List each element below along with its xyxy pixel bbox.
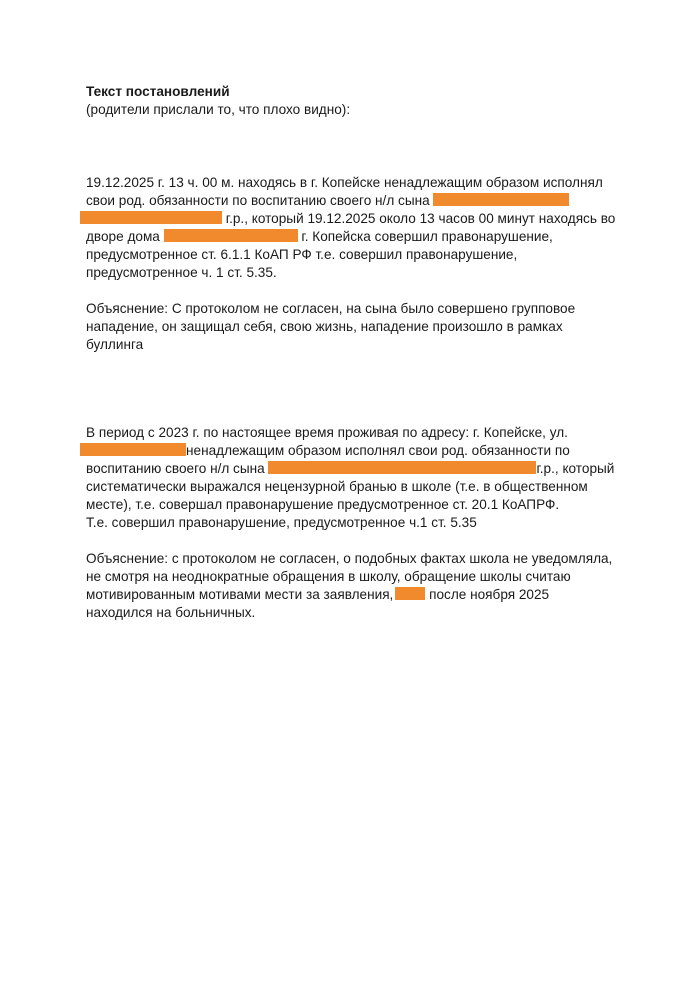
- redaction-block: [164, 229, 298, 242]
- text-fragment: ненадлежащим образом исполнял свои род. …: [186, 443, 570, 458]
- resolution-1-line: г.р., который 19.12.2025 около 13 часов …: [80, 210, 615, 228]
- resolution-1-line: 19.12.2025 г. 13 ч. 00 м. находясь в г. …: [86, 174, 603, 192]
- explanation-1-line: Объяснение: С протоколом не согласен, на…: [86, 300, 575, 318]
- text-fragment: свои род. обязанности по воспитанию свое…: [86, 193, 433, 208]
- text-fragment: после ноября 2025: [425, 587, 549, 602]
- explanation-1-line: нападение, он защищал себя, свою жизнь, …: [86, 318, 563, 336]
- text-fragment: г.р., который: [536, 461, 614, 476]
- text-fragment: мотивированным мотивами мести за заявлен…: [86, 587, 393, 602]
- explanation-1-line: буллинга: [86, 336, 143, 354]
- text-fragment: дворе дома: [86, 229, 164, 244]
- resolution-2-line: месте), т.е. совершал правонарушение пре…: [86, 496, 559, 514]
- resolution-2-line: ненадлежащим образом исполнял свои род. …: [80, 442, 570, 460]
- resolution-1-line: свои род. обязанности по воспитанию свое…: [86, 192, 569, 210]
- redaction-block: [80, 443, 186, 456]
- redaction-block: [433, 193, 569, 206]
- text-fragment: воспитанию своего н/л сына: [86, 461, 268, 476]
- resolution-2-line: воспитанию своего н/л сына г.р., который: [86, 460, 614, 478]
- text-fragment: г.р., который 19.12.2025 около 13 часов …: [222, 211, 615, 226]
- resolution-1-line: предусмотренное ст. 6.1.1 КоАП РФ т.е. с…: [86, 246, 517, 264]
- resolution-2-line: В период с 2023 г. по настоящее время пр…: [86, 424, 568, 442]
- resolution-1-line: предусмотренное ч. 1 ст. 5.35.: [86, 264, 277, 282]
- redaction-block: [80, 211, 222, 224]
- resolution-1-line: дворе дома г. Копейска совершил правонар…: [86, 228, 553, 246]
- resolution-2-line: систематически выражался нецензурной бра…: [86, 478, 588, 496]
- document-subtitle: (родители прислали то, что плохо видно):: [86, 101, 350, 119]
- explanation-2-line: не смотря на неоднократные обращения в ш…: [86, 568, 571, 586]
- explanation-2-line: находился на больничных.: [86, 604, 255, 622]
- resolution-2-line: Т.е. совершил правонарушение, предусмотр…: [86, 514, 477, 532]
- redaction-block: [395, 587, 425, 600]
- explanation-2-line: мотивированным мотивами мести за заявлен…: [86, 586, 549, 604]
- text-fragment: г. Копейска совершил правонарушение,: [298, 229, 553, 244]
- explanation-2-line: Объяснение: с протоколом не согласен, о …: [86, 550, 612, 568]
- redaction-block: [268, 461, 536, 474]
- document-title: Текст постановлений: [86, 83, 230, 101]
